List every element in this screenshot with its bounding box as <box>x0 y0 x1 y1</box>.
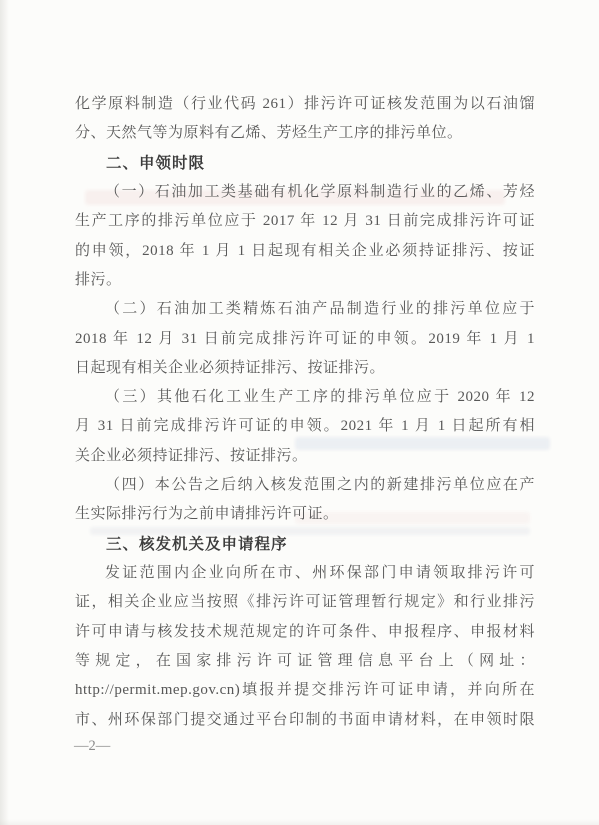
scan-edge-shading-bottom <box>0 819 599 825</box>
text-line: 关企业必须持证排污、按证排污。 <box>75 442 535 471</box>
text-line: 化学原料制造（行业代码 261）排污许可证核发范围为以石油馏 <box>75 90 535 119</box>
section-heading: 二、申领时限 <box>75 149 535 178</box>
text-line: 生实际排污行为之前申请排污许可证。 <box>75 500 535 529</box>
text-line: 等规定，在国家排污许可证管理信息平台上（网址： <box>75 647 535 676</box>
document-body: 化学原料制造（行业代码 261）排污许可证核发范围为以石油馏分、天然气等为原料有… <box>75 90 535 735</box>
text-line: 排污。 <box>75 266 535 295</box>
text-line: 的申领，2018 年 1 月 1 日起现有相关企业必须持证排污、按证 <box>75 237 535 266</box>
text-line: http://permit.mep.gov.cn)填报并提交排污许可证申请，并向… <box>75 676 535 705</box>
text-line: （四）本公告之后纳入核发范围之内的新建排污单位应在产 <box>75 471 535 500</box>
text-line: 2018 年 12 月 31 日前完成排污许可证的申领。2019 年 1 月 1 <box>75 325 535 354</box>
text-line: 许可申请与核发技术规范规定的许可条件、申报程序、申报材料 <box>75 618 535 647</box>
text-line: 日起现有相关企业必须持证排污、按证排污。 <box>75 354 535 383</box>
scan-edge-shading-left <box>0 0 9 825</box>
text-line: 分、天然气等为原料有乙烯、芳烃生产工序的排污单位。 <box>75 119 535 148</box>
text-line: 月 31 日前完成排污许可证的申领。2021 年 1 月 1 日起所有相 <box>75 412 535 441</box>
text-line: 证，相关企业应当按照《排污许可证管理暂行规定》和行业排污 <box>75 588 535 617</box>
text-line: （一）石油加工类基础有机化学原料制造行业的乙烯、芳烃 <box>75 178 535 207</box>
scanned-document-page: 化学原料制造（行业代码 261）排污许可证核发范围为以石油馏分、天然气等为原料有… <box>0 0 599 825</box>
text-line: （三）其他石化工业生产工序的排污单位应于 2020 年 12 <box>75 383 535 412</box>
text-line: 市、州环保部门提交通过平台印制的书面申请材料，在申领时限 <box>75 706 535 735</box>
text-line: （二）石油加工类精炼石油产品制造行业的排污单位应于 <box>75 295 535 324</box>
page-number: —2— <box>74 736 110 756</box>
text-line: 生产工序的排污单位应于 2017 年 12 月 31 日前完成排污许可证 <box>75 207 535 236</box>
section-heading: 三、核发机关及申请程序 <box>75 530 535 559</box>
text-line: 发证范围内企业向所在市、州环保部门申请领取排污许可 <box>75 559 535 588</box>
